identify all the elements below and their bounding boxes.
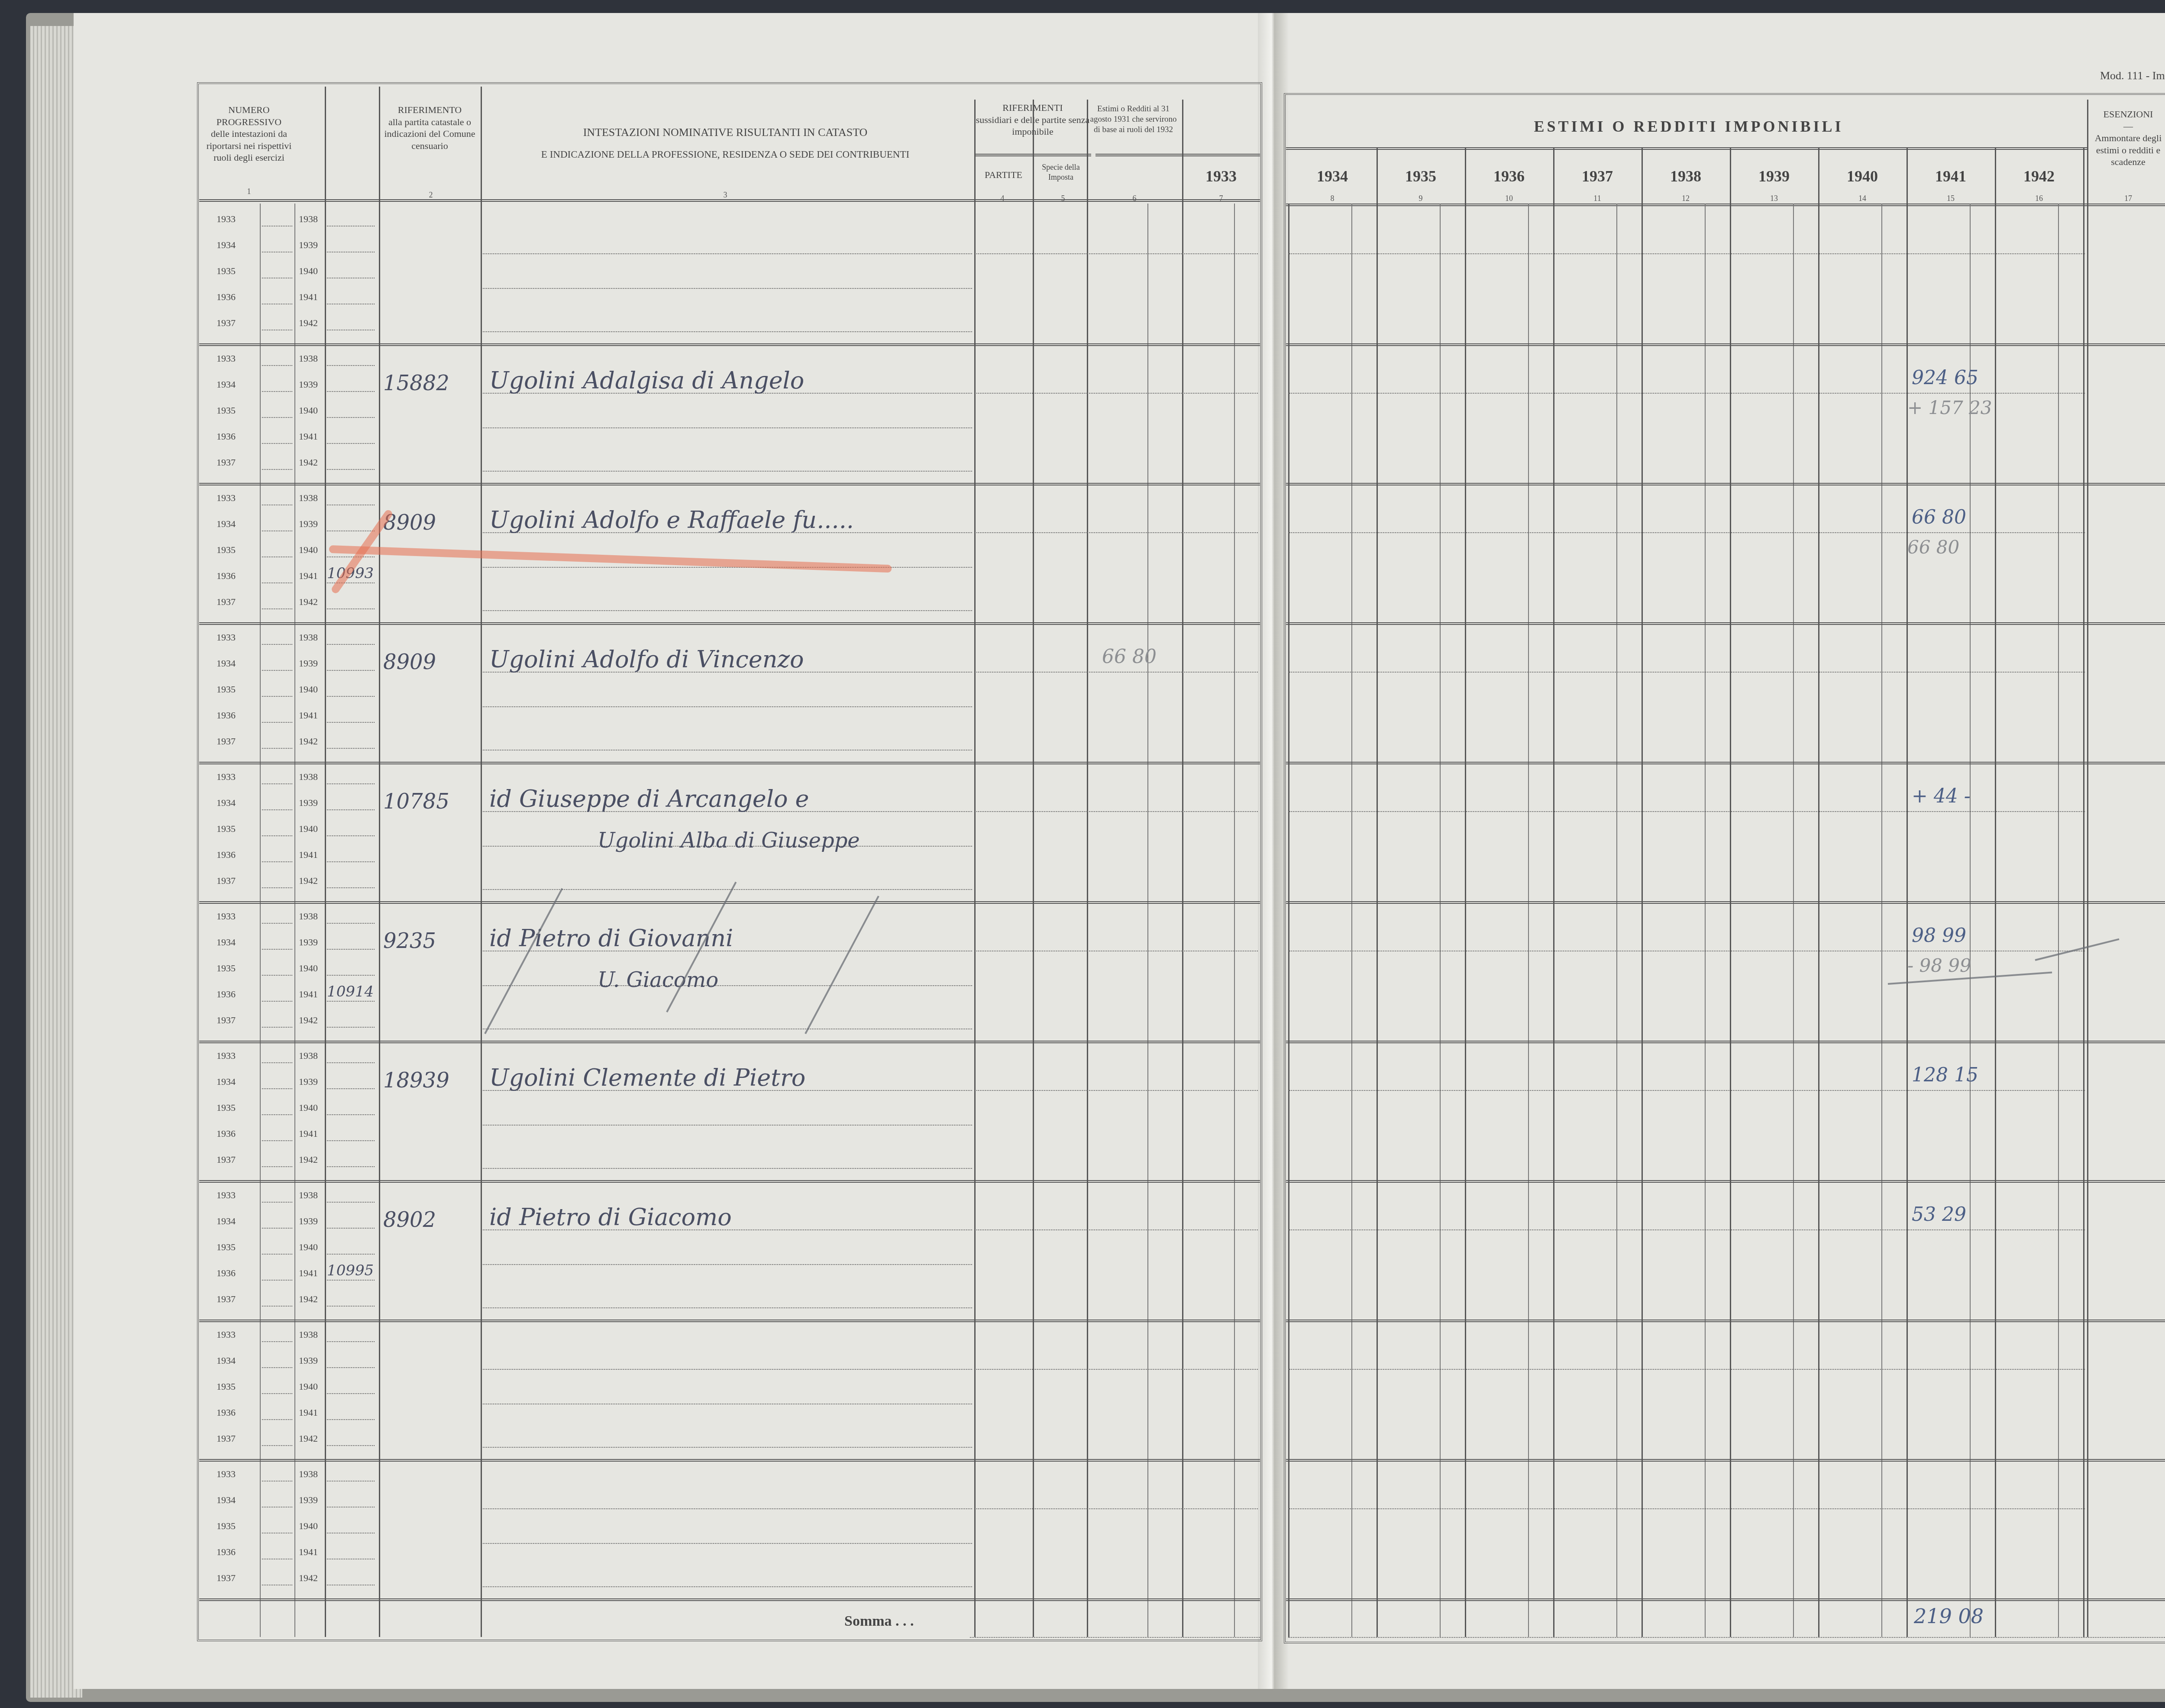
year-dots (327, 505, 375, 505)
year-dots (262, 226, 292, 226)
year-dots (327, 1559, 375, 1559)
year-dots (262, 975, 292, 976)
year-dots (327, 923, 375, 924)
year-col-number: 15 (1906, 194, 1995, 203)
year-dots (262, 1202, 292, 1203)
year-dots (327, 252, 375, 252)
column-rule (2087, 100, 2088, 1637)
amount-guide-line (1288, 672, 2085, 673)
year-label: 1942 (299, 736, 318, 747)
year-label: 1939 (299, 1355, 318, 1366)
year-header-divider (1642, 147, 1643, 206)
year-label: 1936 (216, 1268, 236, 1279)
header-col1: NUMERO PROGRESSIVO delle intestazioni da… (199, 104, 299, 164)
year-label: 1941 (299, 989, 318, 1000)
year-column-rule (2083, 204, 2084, 1637)
year-dots (262, 1559, 292, 1559)
year-label: 1934 (216, 797, 236, 809)
year-label: 1942 (299, 875, 318, 886)
year-pair-rule (260, 204, 261, 1637)
name-guide-line (483, 1369, 972, 1370)
year-dots (262, 809, 292, 810)
year-label: 1936 (216, 1407, 236, 1418)
year-label: 1939 (299, 1216, 318, 1227)
cents-rule (1351, 204, 1352, 1637)
year-label: 1933 (216, 492, 236, 504)
year-label: 1934 (216, 379, 236, 390)
contributor-name: id Pietro di Giovanni (489, 925, 733, 952)
year-label: 1937 (216, 457, 236, 468)
year-label: 1934 (216, 518, 236, 530)
cents-rule (1147, 204, 1148, 1637)
reddito-1941-value: 66 80 (1912, 506, 1966, 528)
estimi-group-rule (1286, 147, 2087, 150)
year-dots (262, 608, 292, 609)
year-dots (327, 1254, 375, 1255)
name-guide-line (483, 1168, 972, 1169)
year-dots (327, 783, 375, 784)
year-dots (262, 1533, 292, 1533)
header-bottom-rule-right (1286, 204, 2165, 206)
year-label: 1940 (299, 1381, 318, 1392)
year-dots (262, 1027, 292, 1028)
year-col-number: 13 (1730, 194, 1818, 203)
year-header-divider (1465, 147, 1466, 206)
year-label: 1935 (216, 405, 236, 416)
somma-label: Somma . . . (844, 1613, 914, 1630)
year-label: 1939 (299, 239, 318, 251)
year-dots (262, 1140, 292, 1141)
contributor-name: Ugolini Adolfo di Vincenzo (489, 646, 804, 673)
year-label: 1939 (299, 518, 318, 530)
year-label: 1933 (216, 1190, 236, 1201)
year-dots (327, 1481, 375, 1482)
year-label: 1936 (216, 291, 236, 303)
entry-block-rule (1286, 1598, 2165, 1601)
column-rule (325, 87, 326, 1637)
header-year-1940: 1940 (1818, 167, 1906, 186)
entry-block-rule (199, 901, 1260, 904)
somma-dots (1288, 1637, 2165, 1638)
year-dots (327, 1306, 375, 1307)
name-guide-line (483, 253, 972, 254)
year-label: 1933 (216, 911, 236, 922)
header-col2-text: RIFERIMENTO alla partita catastale o ind… (379, 104, 481, 152)
year-label: 1938 (299, 1329, 318, 1340)
year-dots (262, 278, 292, 278)
year-label: 1933 (216, 632, 236, 643)
year-label: 1933 (216, 213, 236, 225)
amount-guide-line (1288, 1229, 2085, 1230)
partita-number: 18939 (383, 1068, 449, 1093)
year-label: 1934 (216, 658, 236, 669)
year-dots (262, 887, 292, 888)
year-dots (262, 1228, 292, 1229)
year-dots (327, 417, 375, 418)
amount-guide-line (976, 393, 1258, 394)
col17-number: 17 (2122, 194, 2135, 203)
year-dots (262, 1280, 292, 1281)
amount-guide-line (1288, 1369, 2085, 1370)
year-label: 1935 (216, 1520, 236, 1532)
year-dots (327, 1280, 375, 1281)
year-label: 1941 (299, 570, 318, 582)
contributor-name: id Pietro di Giacomo (489, 1203, 732, 1231)
year-label: 1942 (299, 1433, 318, 1444)
contributor-name: id Giuseppe di Arcangelo e (489, 785, 809, 812)
reddito-1941-value: + 44 - (1912, 785, 1971, 807)
col3-number: 3 (719, 191, 732, 200)
year-dots (327, 1062, 375, 1063)
amount-guide-line (1288, 811, 2085, 812)
header-year-1936: 1936 (1465, 167, 1553, 186)
somma-col15-total: 219 08 (1914, 1604, 1984, 1628)
year-label: 1937 (216, 596, 236, 608)
cents-rule (2058, 204, 2059, 1637)
year-dots (327, 330, 375, 330)
year-label: 1935 (216, 544, 236, 556)
year-label: 1941 (299, 431, 318, 442)
year-label: 1936 (216, 570, 236, 582)
amount-guide-line (976, 1508, 1258, 1509)
year-dots (327, 1445, 375, 1446)
year-dots (327, 278, 375, 278)
year-label: 1938 (299, 911, 318, 922)
header-col3: INTESTAZIONI NOMINATIVE RISULTANTI IN CA… (485, 126, 966, 161)
partita-number: 15882 (383, 371, 449, 395)
year-label: 1938 (299, 771, 318, 783)
column-rule (1033, 100, 1034, 1637)
entry-block-rule (199, 483, 1260, 485)
year-dots (262, 1585, 292, 1585)
name-guide-line (483, 1447, 972, 1448)
year-col-number: 9 (1377, 194, 1465, 203)
year-label: 1934 (216, 239, 236, 251)
cents-rule (1616, 204, 1617, 1637)
amount-guide-line (1288, 253, 2085, 254)
year-dots (327, 1114, 375, 1115)
year-dots (262, 505, 292, 505)
header-col17: ESENZIONI — Ammontare degli estimi o red… (2089, 108, 2165, 168)
year-header-divider (1730, 147, 1731, 206)
amount-guide-line (976, 253, 1258, 254)
partita-number: 10785 (383, 789, 449, 814)
year-dots (327, 975, 375, 976)
year-label: 1942 (299, 1015, 318, 1026)
year-label: 1940 (299, 265, 318, 277)
year-dots (262, 304, 292, 304)
amount-guide-line (1288, 951, 2085, 951)
cents-rule (1881, 204, 1882, 1637)
year-dots (262, 644, 292, 645)
year-label: 1937 (216, 1294, 236, 1305)
name-guide-line (483, 1404, 972, 1404)
col4-number: 4 (996, 194, 1009, 203)
col2-number: 2 (424, 191, 437, 200)
year-column-rule (1730, 204, 1731, 1637)
amount-guide-line (1288, 393, 2085, 394)
name-guide-line (483, 1543, 972, 1544)
header-year-1942: 1942 (1995, 167, 2083, 186)
col7-rule (1095, 154, 1260, 156)
reddito-1941-value: 98 99 (1912, 925, 1966, 947)
year-dots (262, 748, 292, 749)
year-label: 1936 (216, 1128, 236, 1139)
year-dots (327, 582, 375, 583)
entry-block-rule (1286, 762, 2165, 764)
column-rule (1182, 100, 1183, 1637)
entry-block-rule (1286, 1459, 2165, 1462)
contributor-name-line2: U. Giacomo (598, 968, 718, 992)
year-dots (262, 391, 292, 392)
year-dots (327, 1507, 375, 1507)
entry-block-rule (199, 1041, 1260, 1043)
year-label: 1933 (216, 771, 236, 783)
year-dots (327, 1166, 375, 1167)
year-label: 1941 (299, 849, 318, 860)
year-label: 1941 (299, 1407, 318, 1418)
year-dots (327, 443, 375, 444)
col5-number: 5 (1057, 194, 1070, 203)
header-year-1939: 1939 (1730, 167, 1818, 186)
year-dots (327, 1585, 375, 1585)
year-label: 1938 (299, 353, 318, 364)
amount-guide-line (976, 532, 1258, 533)
col6-number: 6 (1128, 194, 1141, 203)
year-header-divider (1906, 147, 1908, 206)
year-dots (327, 1228, 375, 1229)
year-dots (327, 1533, 375, 1533)
entry-block-rule (1286, 1180, 2165, 1183)
year-dots (327, 644, 375, 645)
year-dots (262, 783, 292, 784)
year-col-number: 12 (1642, 194, 1730, 203)
year-label: 1938 (299, 492, 318, 504)
amount-guide-line (1288, 1508, 2085, 1509)
name-guide-line (483, 288, 972, 289)
year-dots (327, 1027, 375, 1028)
year-label: 1937 (216, 1572, 236, 1584)
amount-guide-line (1288, 1090, 2085, 1091)
name-guide-line (483, 610, 972, 611)
year-label: 1936 (216, 710, 236, 721)
year-label: 1934 (216, 1076, 236, 1087)
header-col5: Specie della Imposta (1035, 162, 1087, 182)
col1-number: 1 (242, 187, 255, 196)
year-column-rule (1288, 204, 1289, 1637)
year-label: 1937 (216, 875, 236, 886)
year-dots (262, 582, 292, 583)
year-dots (262, 469, 292, 470)
year-dots (327, 835, 375, 836)
year-label: 1940 (299, 823, 318, 835)
year-dots (262, 1306, 292, 1307)
name-guide-line (483, 1264, 972, 1265)
year-label: 1938 (299, 632, 318, 643)
column-rule (379, 87, 380, 1637)
year-column-rule (1377, 204, 1378, 1637)
year-dots (262, 365, 292, 366)
year-header-divider (1818, 147, 1819, 206)
year-dots (262, 949, 292, 950)
year-label: 1937 (216, 1015, 236, 1026)
year-label: 1938 (299, 1469, 318, 1480)
year-dots (327, 469, 375, 470)
year-dots (327, 365, 375, 366)
year-label: 1937 (216, 1154, 236, 1165)
reddito-1941-adjustment: + 157 23 (1907, 397, 1992, 418)
year-label: 1937 (216, 736, 236, 747)
year-header-divider (1995, 147, 1996, 206)
contributor-name-line2: Ugolini Alba di Giuseppe (598, 828, 860, 853)
year-dots (327, 304, 375, 304)
year-label: 1934 (216, 1355, 236, 1366)
cents-rule (1234, 204, 1235, 1637)
year-dots (327, 1140, 375, 1141)
year-label: 1939 (299, 1494, 318, 1506)
year-label: 1940 (299, 405, 318, 416)
contributor-name: Ugolini Clemente di Pietro (489, 1064, 805, 1091)
year-col-number: 10 (1465, 194, 1553, 203)
year-dots (262, 696, 292, 697)
year-dots (262, 531, 292, 531)
year-label: 1940 (299, 684, 318, 695)
year-label: 1939 (299, 797, 318, 809)
year-dots (262, 861, 292, 862)
header-year-1938: 1938 (1642, 167, 1730, 186)
year-dots (327, 1341, 375, 1342)
name-guide-line (483, 471, 972, 472)
amount-guide-line (976, 1090, 1258, 1091)
year-column-rule (1642, 204, 1643, 1637)
year-col-number: 14 (1818, 194, 1906, 203)
year-label: 1935 (216, 1381, 236, 1392)
name-guide-line (483, 750, 972, 750)
year-label: 1942 (299, 596, 318, 608)
header-col4: PARTITE (974, 169, 1033, 181)
year-label: 1941 (299, 1268, 318, 1279)
year-dots (262, 1001, 292, 1002)
name-guide-line (483, 1125, 972, 1126)
year-dots (327, 556, 375, 557)
year-label: 1937 (216, 1433, 236, 1444)
year-dots (262, 556, 292, 557)
year-dots (327, 670, 375, 671)
cents-rule (1793, 204, 1794, 1637)
column-rule (974, 100, 976, 1637)
year-label: 1937 (216, 317, 236, 329)
amount-guide-line (1288, 532, 2085, 533)
name-guide-line (483, 1586, 972, 1587)
year-label: 1933 (216, 1469, 236, 1480)
year-label: 1942 (299, 1294, 318, 1305)
side-reference: 10914 (327, 983, 374, 1000)
amount-guide-line (976, 1229, 1258, 1230)
year-label: 1941 (299, 1128, 318, 1139)
cents-rule (1970, 204, 1971, 1637)
year-dots (262, 1166, 292, 1167)
reddito-1941-adjustment: - 98 99 (1907, 955, 1971, 976)
year-label: 1939 (299, 379, 318, 390)
amount-guide-line (976, 811, 1258, 812)
year-dots (327, 861, 375, 862)
year-label: 1938 (299, 1190, 318, 1201)
name-guide-line (483, 1029, 972, 1029)
entry-block-rule (199, 343, 1260, 346)
year-column-rule (1995, 204, 1996, 1637)
year-label: 1941 (299, 710, 318, 721)
year-label: 1936 (216, 989, 236, 1000)
year-dots (327, 1367, 375, 1368)
year-dots (262, 1341, 292, 1342)
entry-block-rule (1286, 483, 2165, 485)
partita-number: 8909 (383, 650, 436, 674)
year-label: 1940 (299, 1102, 318, 1113)
year-dots (327, 696, 375, 697)
year-dots (327, 608, 375, 609)
year-dots (262, 1507, 292, 1507)
year-dots (262, 1393, 292, 1394)
name-guide-line (483, 331, 972, 332)
header-year-1934: 1934 (1288, 167, 1377, 186)
year-label: 1940 (299, 1242, 318, 1253)
reddito-1941-value: 924 65 (1912, 367, 1978, 389)
year-label: 1942 (299, 1572, 318, 1584)
year-dots (262, 1419, 292, 1420)
year-label: 1934 (216, 1494, 236, 1506)
year-label: 1934 (216, 1216, 236, 1227)
col7-number: 7 (1215, 194, 1228, 203)
year-header-divider (1377, 147, 1378, 206)
year-label: 1940 (299, 544, 318, 556)
year-dots (262, 1088, 292, 1089)
year-dots (327, 226, 375, 226)
year-label: 1942 (299, 317, 318, 329)
header-year-1935: 1935 (1377, 167, 1465, 186)
year-dots (327, 887, 375, 888)
name-guide-line (483, 1307, 972, 1308)
year-dots (262, 670, 292, 671)
year-dots (327, 949, 375, 950)
partita-number: 8902 (383, 1208, 436, 1232)
somma-dots (970, 1637, 1260, 1638)
form-model-label: Mod. 111 - Imposte Dirette (Intercalare)… (2100, 69, 2165, 82)
year-dots (262, 1062, 292, 1063)
reddito-1941-adjustment: 66 80 (1907, 537, 1959, 558)
year-label: 1935 (216, 963, 236, 974)
year-col-number: 16 (1995, 194, 2083, 203)
year-dots (262, 835, 292, 836)
amount-guide-line (976, 672, 1258, 673)
name-guide-line (483, 985, 972, 986)
entry-block-rule (199, 762, 1260, 764)
header-year-1941: 1941 (1906, 167, 1995, 186)
year-label: 1940 (299, 1520, 318, 1532)
year-label: 1939 (299, 658, 318, 669)
year-column-rule (1465, 204, 1466, 1637)
year-label: 1936 (216, 1546, 236, 1558)
year-label: 1935 (216, 823, 236, 835)
entry-block-rule (199, 622, 1260, 625)
header-year-1937: 1937 (1553, 167, 1642, 186)
year-label: 1939 (299, 1076, 318, 1087)
name-guide-line (483, 427, 972, 428)
entry-block-rule (199, 1459, 1260, 1462)
column-rule (1087, 100, 1088, 1637)
amount-guide-line (976, 951, 1258, 951)
header-estimi-group: ESTIMI O REDDITI IMPONIBILI (1290, 117, 2087, 136)
year-col-number: 11 (1553, 194, 1642, 203)
